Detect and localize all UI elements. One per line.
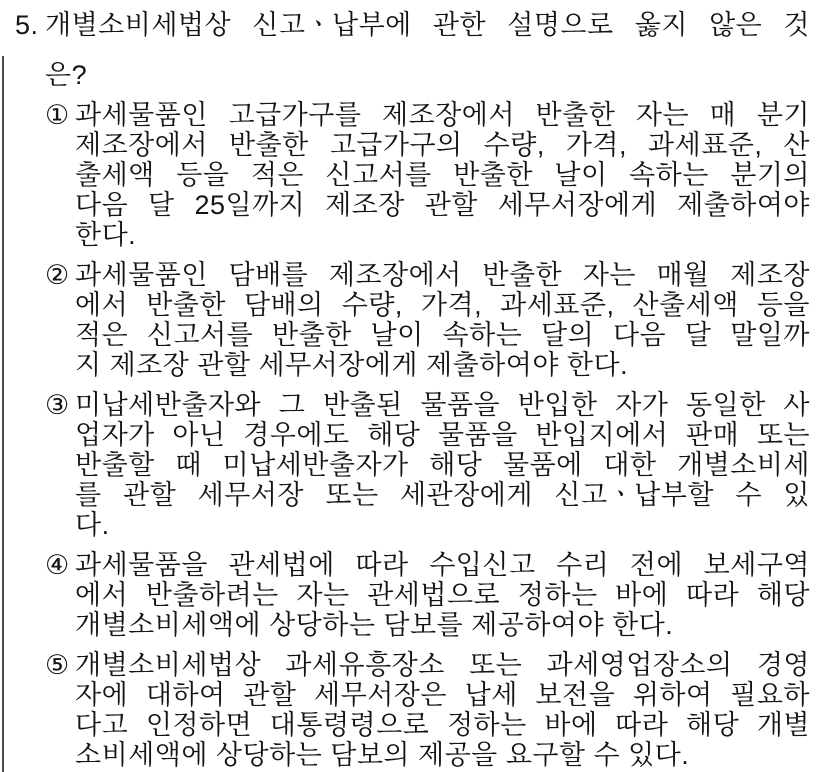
text-line: 개별소비세액에 상당하는 담보를 제공하여야 한다. (75, 610, 810, 640)
choice-3-marker: ③ (45, 390, 75, 540)
question-block: 개별소비세법상 신고ㆍ납부에 관한 설명으로 옳지 않은 것은? ① 과세물품인… (45, 10, 810, 770)
text-line: 과세물품을 관세법에 따라 수입신고 수리 전에 보세구역 (75, 550, 810, 580)
text-line: 과세물품인 고급가구를 제조장에서 반출한 자는 매 분기 (75, 100, 810, 130)
left-column-rule (2, 56, 4, 772)
text-line: 소비세액에 상당하는 담보의 제공을 요구할 수 있다. (75, 740, 810, 770)
text-line: 제조장에서 반출한 고급가구의 수량, 가격, 과세표준, 산 (75, 130, 810, 160)
choice-2-marker: ② (45, 260, 75, 380)
text-line: 업자가 아닌 경우에도 해당 물품을 반입지에서 판매 또는 (75, 420, 810, 450)
text-line: 은? (45, 60, 810, 90)
text-line: 지 제조장 관할 세무서장에게 제출하여야 한다. (75, 350, 810, 380)
text-line: 미납세반출자와 그 반출된 물품을 반입한 자가 동일한 사 (75, 390, 810, 420)
choice-item-1: ① 과세물품인 고급가구를 제조장에서 반출한 자는 매 분기제조장에서 반출한… (45, 100, 810, 250)
text-line: 적은 신고서를 반출한 날이 속하는 달의 다음 달 말일까 (75, 320, 810, 350)
choice-4-marker: ④ (45, 550, 75, 640)
choice-3-text: 미납세반출자와 그 반출된 물품을 반입한 자가 동일한 사업자가 아닌 경우에… (75, 390, 810, 540)
text-line: 를 관할 세무서장 또는 세관장에게 신고ㆍ납부할 수 있 (75, 480, 810, 510)
choice-5-text: 개별소비세법상 과세유흥장소 또는 과세영업장소의 경영자에 대하여 관할 세무… (75, 650, 810, 770)
question-number: 5. (15, 10, 39, 40)
text-line: 출세액 등을 적은 신고서를 반출한 날이 속하는 분기의 (75, 160, 810, 190)
text-line: 다. (75, 510, 810, 540)
question-title: 개별소비세법상 신고ㆍ납부에 관한 설명으로 옳지 않은 것은? (45, 10, 810, 90)
choice-2-text: 과세물품인 담배를 제조장에서 반출한 자는 매월 제조장에서 반출한 담배의 … (75, 260, 810, 380)
choice-item-3: ③ 미납세반출자와 그 반출된 물품을 반입한 자가 동일한 사업자가 아닌 경… (45, 390, 810, 540)
choice-item-4: ④ 과세물품을 관세법에 따라 수입신고 수리 전에 보세구역에서 반출하려는 … (45, 550, 810, 640)
choice-item-2: ② 과세물품인 담배를 제조장에서 반출한 자는 매월 제조장에서 반출한 담배… (45, 260, 810, 380)
choice-1-marker: ① (45, 100, 75, 250)
text-line: 에서 반출하려는 자는 관세법으로 정하는 바에 따라 해당 (75, 580, 810, 610)
text-line: 에서 반출한 담배의 수량, 가격, 과세표준, 산출세액 등을 (75, 290, 810, 320)
exam-page: 5. 개별소비세법상 신고ㆍ납부에 관한 설명으로 옳지 않은 것은? ① 과세… (0, 0, 826, 772)
text-line: 한다. (75, 220, 810, 250)
text-line: 자에 대하여 관할 세무서장은 납세 보전을 위하여 필요하 (75, 680, 810, 710)
text-line: 과세물품인 담배를 제조장에서 반출한 자는 매월 제조장 (75, 260, 810, 290)
choice-4-text: 과세물품을 관세법에 따라 수입신고 수리 전에 보세구역에서 반출하려는 자는… (75, 550, 810, 640)
choice-5-marker: ⑤ (45, 650, 75, 770)
text-line: 개별소비세법상 신고ㆍ납부에 관한 설명으로 옳지 않은 것 (45, 10, 810, 40)
choice-item-5: ⑤ 개별소비세법상 과세유흥장소 또는 과세영업장소의 경영자에 대하여 관할 … (45, 650, 810, 770)
text-line: 다음 달 25일까지 제조장 관할 세무서장에게 제출하여야 (75, 190, 810, 220)
text-line: 다고 인정하면 대통령령으로 정하는 바에 따라 해당 개별 (75, 710, 810, 740)
text-line: 반출할 때 미납세반출자가 해당 물품에 대한 개별소비세 (75, 450, 810, 480)
choice-1-text: 과세물품인 고급가구를 제조장에서 반출한 자는 매 분기제조장에서 반출한 고… (75, 100, 810, 250)
text-line: 개별소비세법상 과세유흥장소 또는 과세영업장소의 경영 (75, 650, 810, 680)
